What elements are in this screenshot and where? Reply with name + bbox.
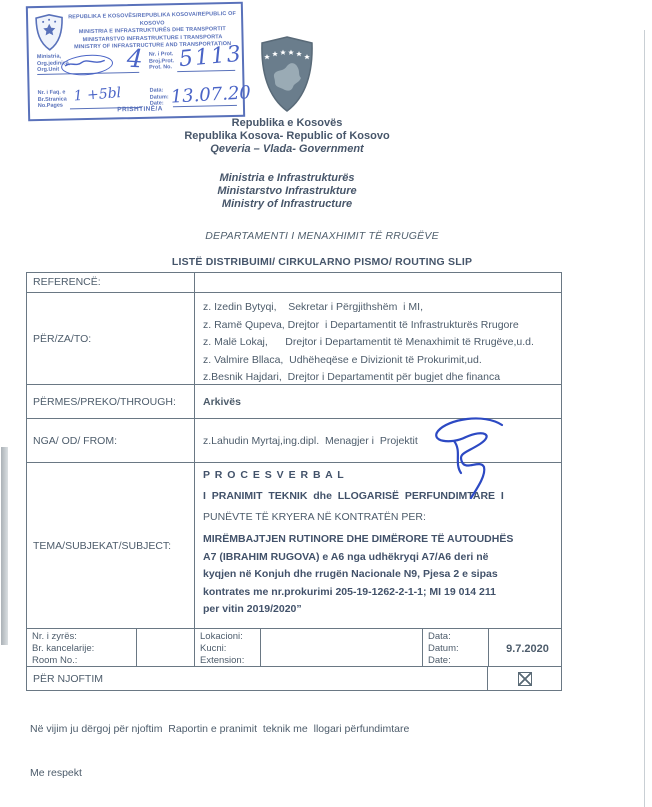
subject-line2: I PRANIMIT TEKNIK dhe LLOGARISË PERFUNDI…: [203, 490, 561, 502]
stamp-emblem-icon: [34, 13, 65, 52]
scan-edge-artifact-right: [644, 30, 645, 807]
recipient-line: z. Malë Lokaj, Drejtor i Departamentit t…: [203, 334, 561, 352]
stamp-pages-value: 1 +5bl: [73, 85, 121, 104]
stamp-prot-label: Nr. i Prot. Broj.Prot. Prot. No.: [149, 51, 174, 71]
footer-note: Në vijim ju dërgoj për njoftim Raportin …: [30, 723, 409, 735]
registration-stamp: REPUBLIKA E KOSOVËS/REPUBLIKA KOSOVA/REP…: [26, 2, 245, 122]
scan-edge-artifact-left: [1, 447, 8, 645]
notice-checkbox-cell: [487, 667, 561, 690]
subject-label: TEMA/SUBJEKAT/SUBJECT:: [27, 463, 195, 628]
ministry-title-3: Ministry of Infrastructure: [27, 194, 547, 212]
reference-value: [195, 273, 561, 292]
table-row-from: NGA/ OD/ FROM: z.Lahudin Myrtaj,ing.dipl…: [27, 419, 561, 463]
subject-line3: PUNËVTE TË KRYERA NË KONTRATËN PER:: [203, 511, 561, 523]
notice-label: PËR NJOFTIM: [27, 667, 487, 690]
kosovo-emblem: [256, 36, 318, 114]
table-row-subject: TEMA/SUBJEKAT/SUBJECT: P R O C E S V E R…: [27, 463, 561, 629]
republic-title-3: Qeveria – Vlada- Government: [27, 139, 547, 157]
from-label: NGA/ OD/ FROM:: [27, 419, 195, 462]
room-label: Nr. i zyrës: Br. kancelarije: Room No.:: [27, 629, 137, 666]
date-value: 9.7.2020: [489, 629, 561, 666]
stamp-prot-value: 5113: [178, 42, 244, 73]
table-row-notice: PËR NJOFTIM: [27, 667, 561, 690]
document-page: REPUBLIKA E KOSOVËS/REPUBLIKA KOSOVA/REP…: [0, 0, 652, 807]
through-value: Arkivës: [195, 385, 561, 418]
table-row-room-location-date: Nr. i zyrës: Br. kancelarije: Room No.: …: [27, 629, 561, 667]
footer-closing: Me respekt: [30, 767, 82, 779]
stamp-org-value: 4: [126, 44, 143, 74]
subject-body: MIRËMBAJTJEN RUTINORE DHE DIMËRORE TË AU…: [203, 531, 561, 619]
reference-label: REFERENCË:: [27, 273, 195, 292]
table-row-to: PËR/ZA/TO: z. Izedin Bytyqi, Sekretar i …: [27, 293, 561, 385]
routing-table: REFERENCË: PËR/ZA/TO: z. Izedin Bytyqi, …: [26, 272, 562, 691]
department-title: DEPARTAMENTI I MENAXHIMIT TË RRUGËVE: [27, 226, 617, 244]
recipient-line: z. Valmire Bllaca, Udhëheqëse e Divizion…: [203, 352, 561, 370]
recipient-line: z. Izedin Bytyqi, Sekretar i Përgjithshë…: [203, 299, 561, 317]
subject-value: P R O C E S V E R B A L I PRANIMIT TEKNI…: [195, 463, 561, 628]
table-row-reference: REFERENCË:: [27, 273, 561, 293]
stamp-date-value: 13.07.20: [170, 82, 251, 107]
location-value: [261, 629, 423, 666]
subject-heading: P R O C E S V E R B A L: [203, 469, 561, 481]
room-value: [137, 629, 195, 666]
recipient-line: z. Ramë Qupeva, Drejtor i Departamentit …: [203, 317, 561, 335]
from-value: z.Lahudin Myrtaj,ing.dipl. Menagjer i Pr…: [195, 419, 561, 462]
date-label: Data: Datum: Date:: [423, 629, 489, 666]
location-label: Lokacioni: Kucni: Extension:: [195, 629, 261, 666]
checkbox-checked-icon: [518, 672, 532, 686]
table-row-through: PËRMES/PREKO/THROUGH: Arkivës: [27, 385, 561, 419]
to-label: PËR/ZA/TO:: [27, 293, 195, 384]
to-value: z. Izedin Bytyqi, Sekretar i Përgjithshë…: [195, 293, 561, 384]
stamp-pages-label: Nr. i Faq. e Br.Stranica No.Pages: [38, 89, 67, 109]
routing-slip-title: LISTË DISTRIBUIMI/ CIRKULARNO PISMO/ ROU…: [27, 252, 617, 270]
recipient-line: z.Besnik Hajdari, Drejtor i Departamenti…: [203, 369, 561, 387]
through-label: PËRMES/PREKO/THROUGH:: [27, 385, 195, 418]
